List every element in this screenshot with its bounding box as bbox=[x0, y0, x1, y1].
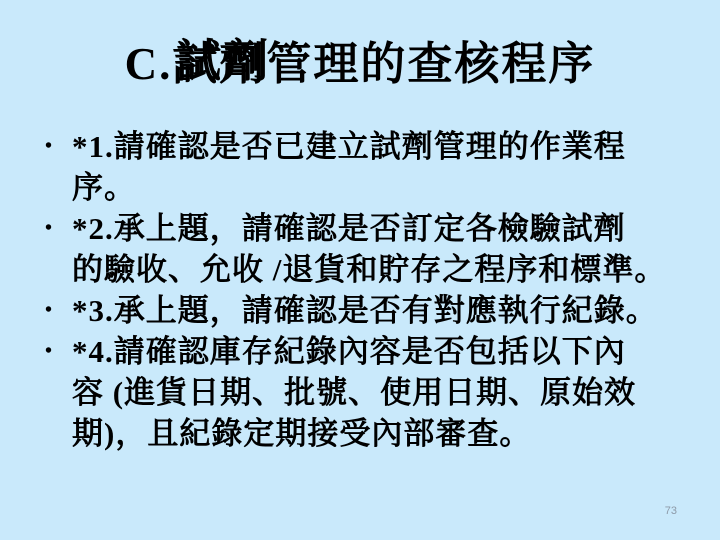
slide-title: C.試劑管理的查核程序 bbox=[0, 36, 720, 92]
bullet-4-line-3: 期)，且紀錄定期接受內部審查。 bbox=[72, 413, 692, 454]
title-rest: 管理的查核程序 bbox=[266, 39, 595, 89]
bullet-marker: • bbox=[45, 331, 52, 372]
bullet-item-1: • *1.請確認是否已建立試劑管理的作業程 序。 bbox=[44, 126, 692, 208]
bullet-marker: • bbox=[45, 126, 52, 167]
bullet-4-line-1: *4.請確認庫存紀錄內容是否包括以下內 bbox=[72, 331, 692, 372]
bullet-3-line-1: *3.承上題，請確認是否有對應執行紀錄。 bbox=[72, 290, 692, 331]
bullet-item-4: • *4.請確認庫存紀錄內容是否包括以下內 容 (進貨日期、批號、使用日期、原始… bbox=[44, 331, 692, 454]
title-overlap-text: 試劑 bbox=[172, 39, 266, 89]
bullet-4-line-2: 容 (進貨日期、批號、使用日期、原始效 bbox=[72, 372, 692, 413]
page-number: 73 bbox=[665, 505, 677, 517]
bullet-item-2: • *2.承上題，請確認是否訂定各檢驗試劑 的驗收、允收 /退貨和貯存之程序和標… bbox=[44, 208, 692, 290]
bullet-list: • *1.請確認是否已建立試劑管理的作業程 序。 • *2.承上題，請確認是否訂… bbox=[44, 126, 692, 454]
bullet-item-3: • *3.承上題，請確認是否有對應執行紀錄。 bbox=[44, 290, 692, 331]
bullet-marker: • bbox=[45, 208, 52, 249]
bullet-1-line-2: 序。 bbox=[72, 167, 692, 208]
presentation-slide: C.試劑管理的查核程序 • *1.請確認是否已建立試劑管理的作業程 序。 • *… bbox=[0, 0, 720, 540]
bullet-2-line-2: 的驗收、允收 /退貨和貯存之程序和標準。 bbox=[72, 249, 692, 290]
bullet-2-line-1: *2.承上題，請確認是否訂定各檢驗試劑 bbox=[72, 208, 692, 249]
bullet-1-line-1: *1.請確認是否已建立試劑管理的作業程 bbox=[72, 126, 692, 167]
bullet-marker: • bbox=[45, 290, 52, 331]
title-prefix: C. bbox=[125, 39, 173, 89]
